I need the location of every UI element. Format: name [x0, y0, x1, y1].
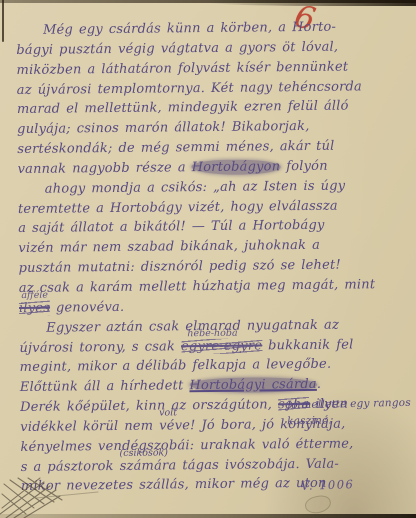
inserted-word: (csikósok)	[119, 448, 168, 459]
inserted-word: volt	[159, 408, 177, 418]
scan-edge-left	[2, 0, 4, 42]
margin-note-line: kaszinó.	[287, 411, 413, 430]
underlined-phrase: Hortobágyi csárda	[189, 377, 317, 393]
struck-word: hébe-hóbaegyre-egyre	[181, 338, 262, 354]
struck-word: afféleilyes	[19, 300, 50, 315]
margin-note-line: Jó mellette egy rangos	[287, 395, 413, 414]
manuscript-page-scan: 6 Még egy csárdás künn a körben, a Horto…	[0, 0, 416, 518]
manuscript-line: az csak a karám mellett húzhatja meg mag…	[19, 275, 411, 299]
ink-blot-word: Hortobágyon	[192, 159, 281, 175]
faint-stamp-mark	[304, 494, 333, 515]
crosshatch-scribble	[0, 474, 104, 518]
inserted-word: hébe-hóba	[187, 328, 237, 339]
inserted-word: afféle	[21, 290, 48, 300]
margin-note: Jó mellette egy rangos kaszinó.	[287, 395, 414, 430]
archive-catalog-number: V. 1006	[301, 477, 355, 493]
